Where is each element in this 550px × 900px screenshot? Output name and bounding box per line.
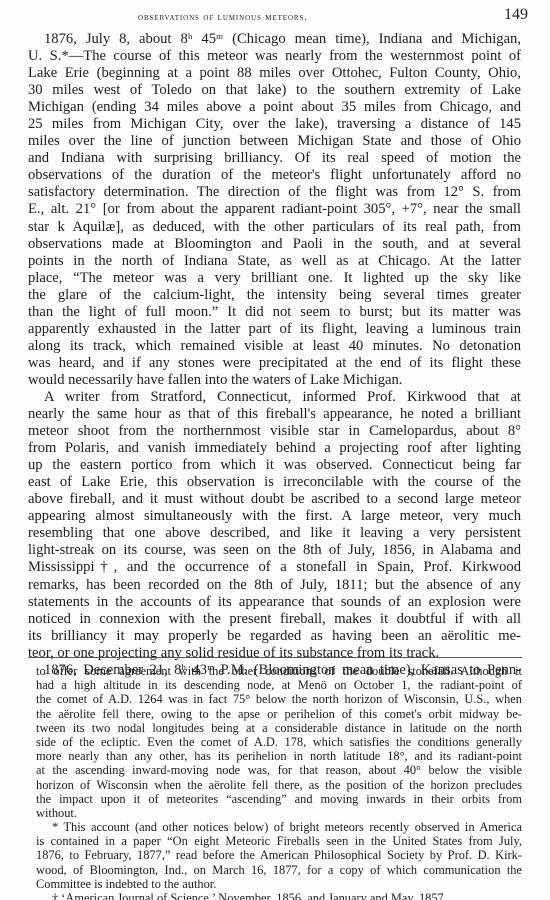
body-line: meteor shoot from the northernmost visib… (28, 423, 521, 440)
footnote-line: without. (36, 806, 522, 820)
footnote-line: horizon of Wisconsin when the aërolite f… (36, 778, 522, 792)
body-line: from Polaris, and vanish immediately beh… (28, 440, 521, 457)
footnote-line: the aërolite fell there, owing to the ap… (36, 707, 522, 721)
body-line: E., alt. 21° [or from about the apparent… (28, 201, 521, 218)
body-line: statements in the accounts of its appear… (28, 594, 521, 611)
body-line: Lake Erie (beginning at a point 88 miles… (28, 65, 521, 82)
body-line: Mississippi†, and the occurrence of a st… (28, 559, 521, 576)
body-line: remarks, has been recorded on the 8th of… (28, 577, 521, 594)
footnote-line: 1876, to February, 1877,” read before th… (36, 848, 522, 862)
body-line: and Indiana with surprising brilliancy. … (28, 150, 521, 167)
body-line: points in the north of Indiana State, as… (28, 253, 521, 270)
body-line: 30 miles west of Toledo on that lake) to… (28, 82, 521, 99)
body-line: observations made at Bloomington and Pao… (28, 236, 521, 253)
main-body-text: 1876, July 8, about 8ʰ 45ᵐ (Chicago mean… (28, 31, 521, 679)
body-line: A writer from Stratford, Connecticut, in… (28, 389, 521, 406)
body-line: Michigan (ending 34 miles above a point … (28, 99, 521, 116)
footnote-line: had a high altitude in its descending no… (36, 678, 522, 692)
footnote-line: the comet of A.D. 1264 was in fact 75° b… (36, 692, 522, 706)
body-line: observations of the duration of the mete… (28, 167, 521, 184)
footnote-line: Committee is indebted to the author. (36, 877, 522, 891)
body-line: teor, or one projecting any solid residu… (28, 645, 521, 662)
body-line: its brilliancy it may properly be regard… (28, 628, 521, 645)
footnote-line: is contained in a paper “On eight Meteor… (36, 834, 522, 848)
page-number: 149 (504, 6, 528, 24)
body-line: satisfactory determination. The directio… (28, 184, 521, 201)
footnote-line: tween its two nodal longitudes being at … (36, 721, 522, 735)
body-line: U. S.*—The course of this meteor was nea… (28, 48, 521, 65)
body-line: would necessarily have fallen into the w… (28, 372, 521, 389)
footnote-line: to offer some agreement with the other c… (36, 664, 522, 678)
body-line: resembling that one above described, and… (28, 525, 521, 542)
footnote-line: more nearly than any other, has its peri… (36, 749, 522, 763)
body-line: along its track, which remained visible … (28, 338, 521, 355)
page-header: OBSERVATIONS OF LUMINOUS METEORS. 149 (28, 6, 528, 26)
body-line: noticed in connexion with the present fi… (28, 611, 521, 628)
body-line: apparently exhausted in the latter part … (28, 321, 521, 338)
footnote-asterisk: * This account (and other notices below)… (36, 820, 522, 834)
footnote-dagger: † ‘American Journal of Science,’ Novembe… (36, 891, 522, 900)
body-line: 25 miles from Michigan City, over the la… (28, 116, 521, 133)
footnote-line: at the ascending inward-moving node was,… (36, 763, 522, 777)
body-line: 1876, July 8, about 8ʰ 45ᵐ (Chicago mean… (28, 31, 521, 48)
body-line: east of Lake Erie, this observation is i… (28, 474, 521, 491)
running-head: OBSERVATIONS OF LUMINOUS METEORS. (138, 12, 308, 23)
body-line: star k Aquilæ], as deduced, with the oth… (28, 219, 521, 236)
footnote-divider (28, 657, 522, 658)
body-line: than the light of full moon.” It did not… (28, 304, 521, 321)
body-line: nearly the same hour as that of this fir… (28, 406, 521, 423)
footnote-line: the impact upon it of meteorites “ascend… (36, 792, 522, 806)
body-line: above fireball, and it must without doub… (28, 491, 521, 508)
document-page: OBSERVATIONS OF LUMINOUS METEORS. 149 18… (0, 0, 550, 900)
footnote-line: side of the ecliptic. Even the comet of … (36, 735, 522, 749)
body-line: appearing almost simultaneously with the… (28, 508, 521, 525)
body-line: was heard, and if any stones were precip… (28, 355, 521, 372)
footnotes: to offer some agreement with the other c… (36, 664, 522, 900)
footnote-line: wood, of Bloomington, Ind., on March 16,… (36, 863, 522, 877)
body-line: the glare of the calcium-light, the inte… (28, 287, 521, 304)
body-line: place, “The meteor was a very brilliant … (28, 270, 521, 287)
body-line: light-streak on its course, was seen on … (28, 542, 521, 559)
body-line: up the eastern portico from which it was… (28, 457, 521, 474)
body-line: miles over the line of junction between … (28, 133, 521, 150)
